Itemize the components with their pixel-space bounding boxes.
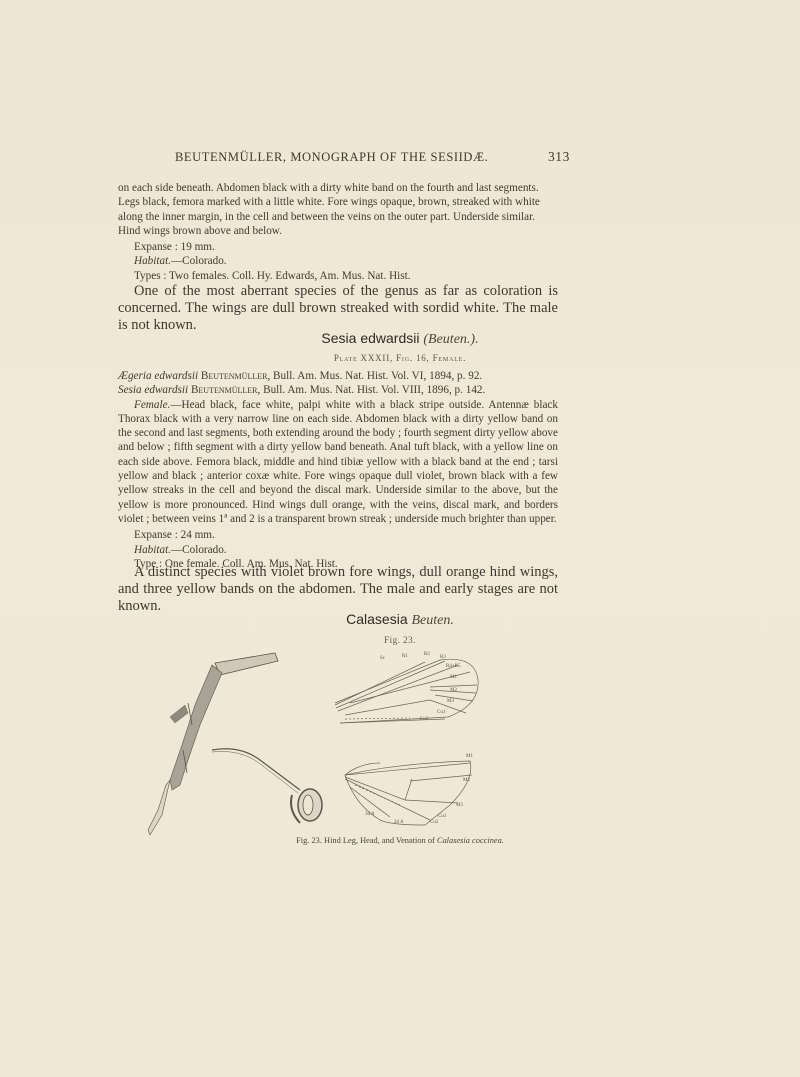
svg-text:R4+R5: R4+R5 [446,664,461,669]
text-line: Hind wings brown above and below. [118,224,558,238]
species-title: Sesia edwardsii [321,330,419,346]
document-page: BEUTENMÜLLER, MONOGRAPH OF THE SESIIDÆ. … [0,0,800,1077]
expanse: Expanse : 24 mm. [118,528,558,542]
section1-remarks: One of the most aberrant species of the … [118,283,558,334]
species-heading-sesia-edwardsii: Sesia edwardsii (Beuten.). [0,330,800,348]
svg-text:M3: M3 [447,699,454,704]
female-description: Female.—Head black, face white, palpi wh… [118,398,558,527]
habitat: Habitat.—Colorado. [118,254,558,268]
remarks-paragraph: A distinct species with violet brown for… [118,564,558,615]
habitat-label: Habitat. [134,255,171,267]
text-line: on each side beneath. Abdomen black with… [118,181,558,195]
female-text: —Head black, face white, palpi white wit… [118,399,558,525]
female-label: Female. [134,399,170,411]
svg-text:Sc: Sc [380,656,386,661]
svg-text:3d A: 3d A [365,812,375,817]
svg-text:M2: M2 [463,778,470,783]
caption-text: Fig. 23. Hind Leg, Head, and Venation of [296,836,437,845]
head-antenna-drawing [212,749,322,823]
synonym-line: Ægeria edwardsii Beutenmüller, Bull. Am.… [118,369,558,383]
habitat-value: —Colorado. [171,544,227,556]
caption-species: Calasesia coccinea. [437,836,504,845]
page-number: 313 [548,149,570,165]
synonym-ref: , Bull. Am. Mus. Nat. Hist. Vol. VIII, 1… [258,384,486,396]
synonym-ref: , Bull. Am. Mus. Nat. Hist. Vol. VI, 189… [267,370,482,382]
vein-labels: ScR1R2 R3R4+R5M1 M2M3Cu1 Cu2 M1M2M3 Cu1C… [365,652,473,825]
text-line: along the inner margin, in the cell and … [118,210,558,224]
types: Types : Two females. Coll. Hy. Edwards, … [118,269,558,283]
figure-number: Fig. 23. [0,635,800,645]
genus-title: Calasesia [346,611,407,627]
genus-heading-calasesia: Calasesia Beuten. [0,611,800,629]
figure-illustration: ScR1R2 R3R4+R5M1 M2M3Cu1 Cu2 M1M2M3 Cu1C… [140,645,520,845]
species-author: (Beuten.). [423,332,478,347]
habitat: Habitat.—Colorado. [118,543,558,557]
svg-text:M1: M1 [450,675,457,680]
habitat-value: —Colorado. [171,255,227,267]
habitat-label: Habitat. [134,544,171,556]
svg-text:Cu1: Cu1 [438,814,447,819]
svg-text:R2: R2 [424,652,430,657]
genus-author: Beuten. [412,613,454,628]
expanse: Expanse : 19 mm. [118,240,558,254]
running-head: BEUTENMÜLLER, MONOGRAPH OF THE SESIIDÆ. … [175,150,570,165]
synonym-name: Sesia edwardsii [118,384,188,396]
svg-text:M2: M2 [450,688,457,693]
figure-23: ScR1R2 R3R4+R5M1 M2M3Cu1 Cu2 M1M2M3 Cu1C… [140,645,520,840]
section2-body: Ægeria edwardsii Beutenmüller, Bull. Am.… [118,369,558,571]
svg-text:R3: R3 [440,655,446,660]
section2-remarks: A distinct species with violet brown for… [118,564,558,615]
svg-text:Cu1: Cu1 [437,710,446,715]
section1-description: on each side beneath. Abdomen black with… [118,181,558,283]
svg-text:Cu2: Cu2 [420,717,429,722]
svg-text:2d A: 2d A [394,820,404,825]
remarks-paragraph: One of the most aberrant species of the … [118,283,558,334]
plate-reference: Plate XXXII, Fig. 16, Female. [0,353,800,363]
figure-caption: Fig. 23. Hind Leg, Head, and Venation of… [0,836,800,845]
synonym-line: Sesia edwardsii Beutenmüller, Bull. Am. … [118,383,558,397]
hind-leg-drawing [148,653,278,835]
running-title: BEUTENMÜLLER, MONOGRAPH OF THE SESIIDÆ. [175,150,488,164]
svg-text:Cu2: Cu2 [430,820,439,825]
svg-text:M3: M3 [456,803,463,808]
synonym-author: Beutenmüller [201,370,268,382]
text-line: Legs black, femora marked with a little … [118,195,558,209]
svg-text:R1: R1 [402,654,408,659]
synonym-name: Ægeria edwardsii [118,370,198,382]
svg-text:M1: M1 [466,754,473,759]
synonym-author: Beutenmüller [191,384,258,396]
